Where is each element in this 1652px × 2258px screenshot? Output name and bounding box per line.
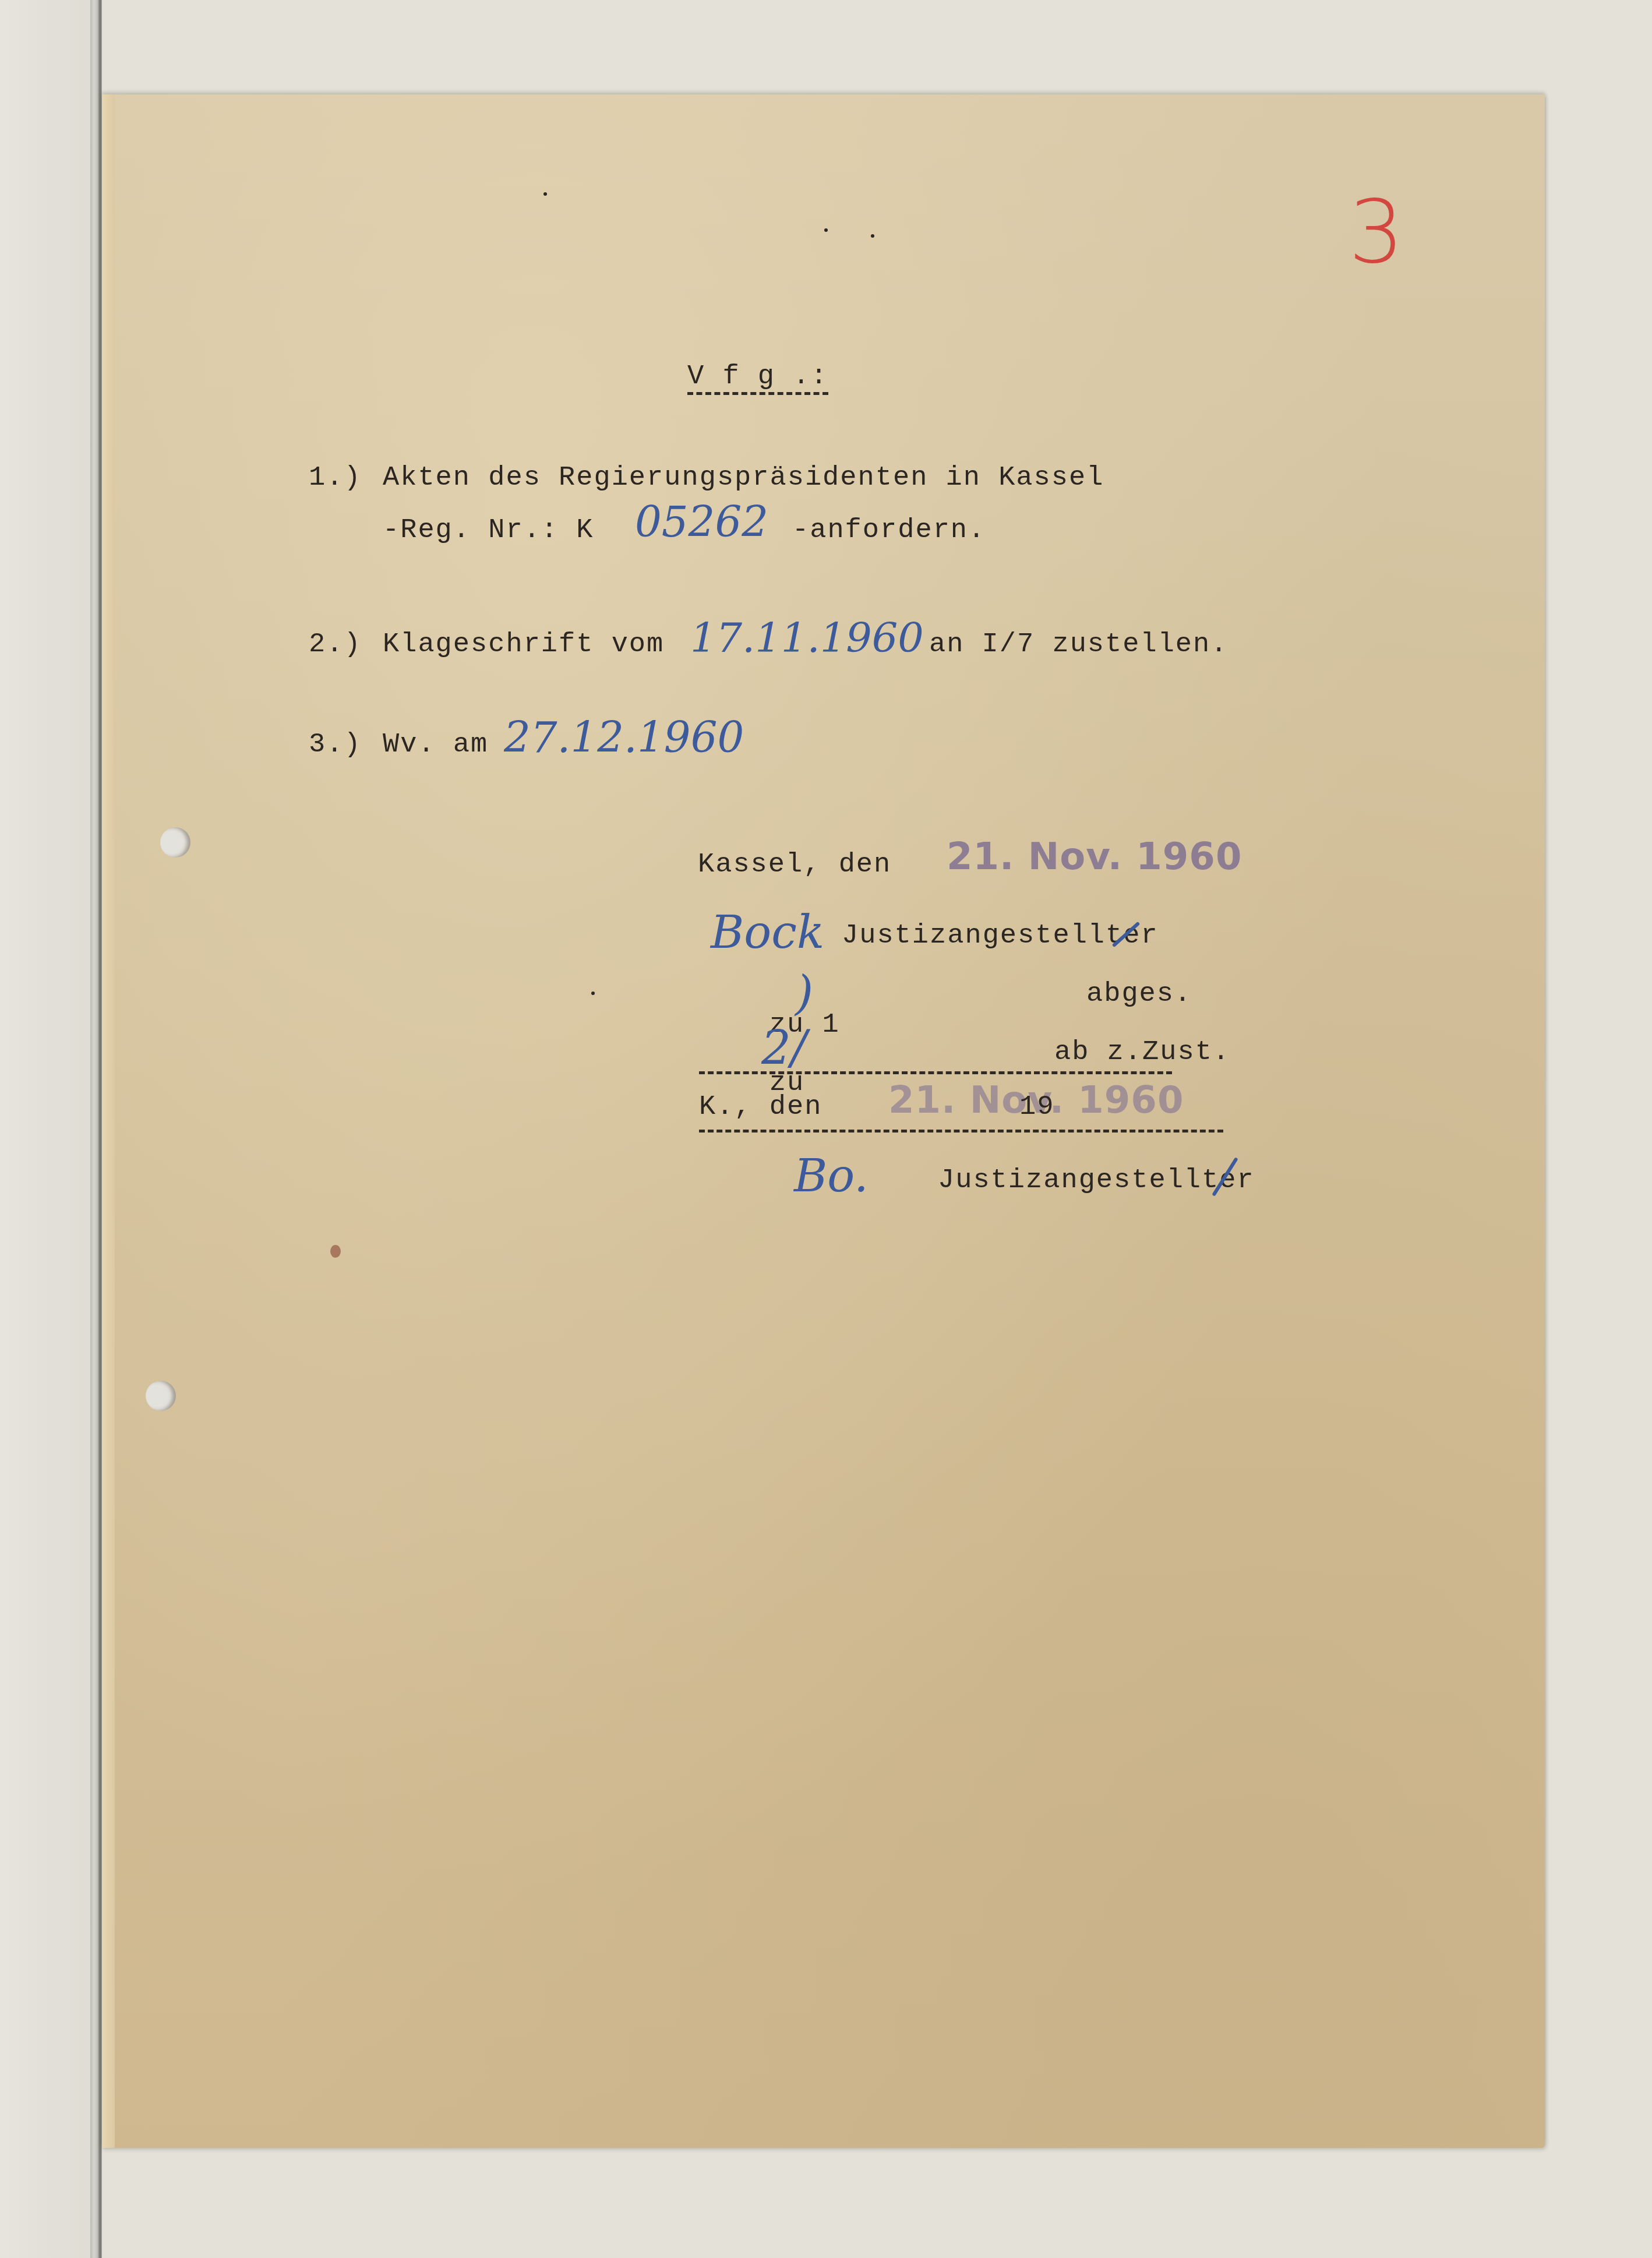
dispatch-1-mark: ) [795,966,813,1020]
ink-speck [824,228,828,232]
ink-speck [591,992,595,995]
punch-hole-top [160,827,190,858]
ink-speck [871,234,874,238]
item-1-line2-suffix: -anfordern. [792,515,986,546]
stain-spot [330,1245,341,1258]
punch-hole-bottom [146,1381,176,1411]
page-edge [102,94,115,2148]
item-3-number: 3.) [309,729,362,760]
item-3-handwritten-date: 27.12.1960 [504,713,744,762]
dispatch-2-status: ab z.Zust. [1054,1037,1230,1068]
date-stamp: 21. Nov. 1960 [947,835,1242,878]
folio-number: 3 [1349,182,1404,283]
ink-speck [543,192,547,196]
item-2-number: 2.) [309,629,362,660]
dispatch-signature-title: Justizangestellter [938,1165,1255,1196]
place-date-label: Kassel, den [698,849,891,880]
item-2-suffix: an I/7 zustellen. [929,629,1228,660]
item-1-registration-number: 05262 [635,498,768,546]
item-2-prefix: Klageschrift vom [383,629,664,660]
dispatch-2-mark: 2/ [761,1021,807,1075]
item-1-line2-prefix: -Reg. Nr.: K [383,515,594,546]
dispatch-signature: Bo. [794,1150,869,1202]
sleeve-edge [90,0,102,2258]
signature-title: Justizangestellter [842,920,1159,951]
item-3-prefix: Wv. am [383,729,488,760]
item-2-handwritten-date: 17.11.1960 [690,614,924,662]
item-1-line1: Akten des Regierungspräsidenten in Kasse… [383,463,1104,493]
heading-vfg: V f g .: [687,361,828,395]
dispatch-date-suffix: 19 [1019,1092,1054,1123]
item-1-number: 1.) [309,463,362,493]
dispatch-1-status: abges. [1086,979,1192,1010]
dispatch-date-label: K., den [699,1092,822,1123]
document-page: 3 V f g .: 1.) Akten des Regierungspräsi… [102,94,1545,2148]
signature-bock: Bock [711,906,824,959]
archive-mount-left [0,0,93,2258]
